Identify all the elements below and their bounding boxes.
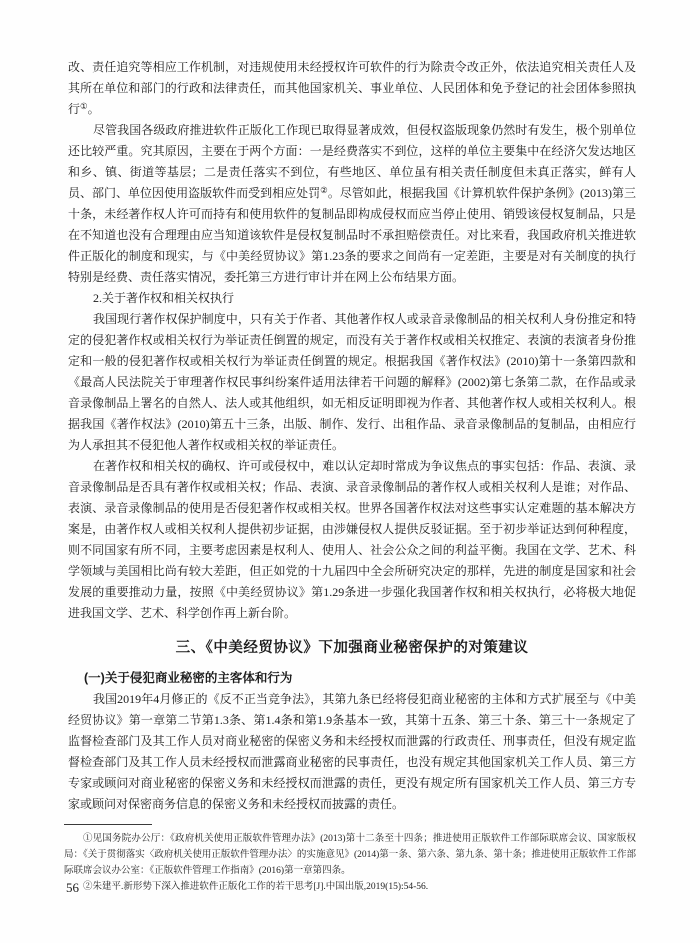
footnote-divider <box>64 824 152 825</box>
body-paragraph: 我国2019年4月修正的《反不正当竞争法》，其第九条已经将侵犯商业秘密的主体和方… <box>68 689 636 815</box>
article-body: 改、责任追究等相应工作机制，对违规使用未经授权许可软件的行为除责令改正外，依法追… <box>68 57 636 815</box>
subsection-heading: (一)关于侵犯商业秘密的主客体和行为 <box>68 668 636 689</box>
section-heading: 三、《中美经贸协议》下加强商业秘密保护的对策建议 <box>68 637 636 659</box>
numbered-subheading: 2.关于著作权和相关权执行 <box>68 288 636 309</box>
body-paragraph: 改、责任追究等相应工作机制，对违规使用未经授权许可软件的行为除责令改正外，依法追… <box>68 57 636 120</box>
document-page: 改、责任追究等相应工作机制，对违规使用未经授权许可软件的行为除责令改正外，依法追… <box>0 0 700 943</box>
body-paragraph: 我国现行著作权保护制度中，只有关于作者、其他著作权人或录音录像制品的相关权利人身… <box>68 309 636 456</box>
page-number: 56 <box>66 880 79 896</box>
footnote: ②朱建平.新形势下深入推进软件正版化工作的若干思考[J].中国出版,2019(1… <box>64 879 636 895</box>
footnote-marker: ① <box>80 101 88 111</box>
footnotes-section: ①见国务院办公厅：《政府机关使用正版软件管理办法》(2013)第十二条至十四条；… <box>64 831 636 895</box>
body-paragraph: 在著作权和相关权的确权、许可或侵权中，难以认定却时常成为争议焦点的事实包括：作品… <box>68 456 636 624</box>
body-paragraph: 尽管我国各级政府推进软件正版化工作现已取得显著成效，但侵权盗版现象仍然时有发生，… <box>68 120 636 288</box>
footnote-marker: ② <box>320 185 328 195</box>
footnote: ①见国务院办公厅：《政府机关使用正版软件管理办法》(2013)第十二条至十四条；… <box>64 831 636 879</box>
